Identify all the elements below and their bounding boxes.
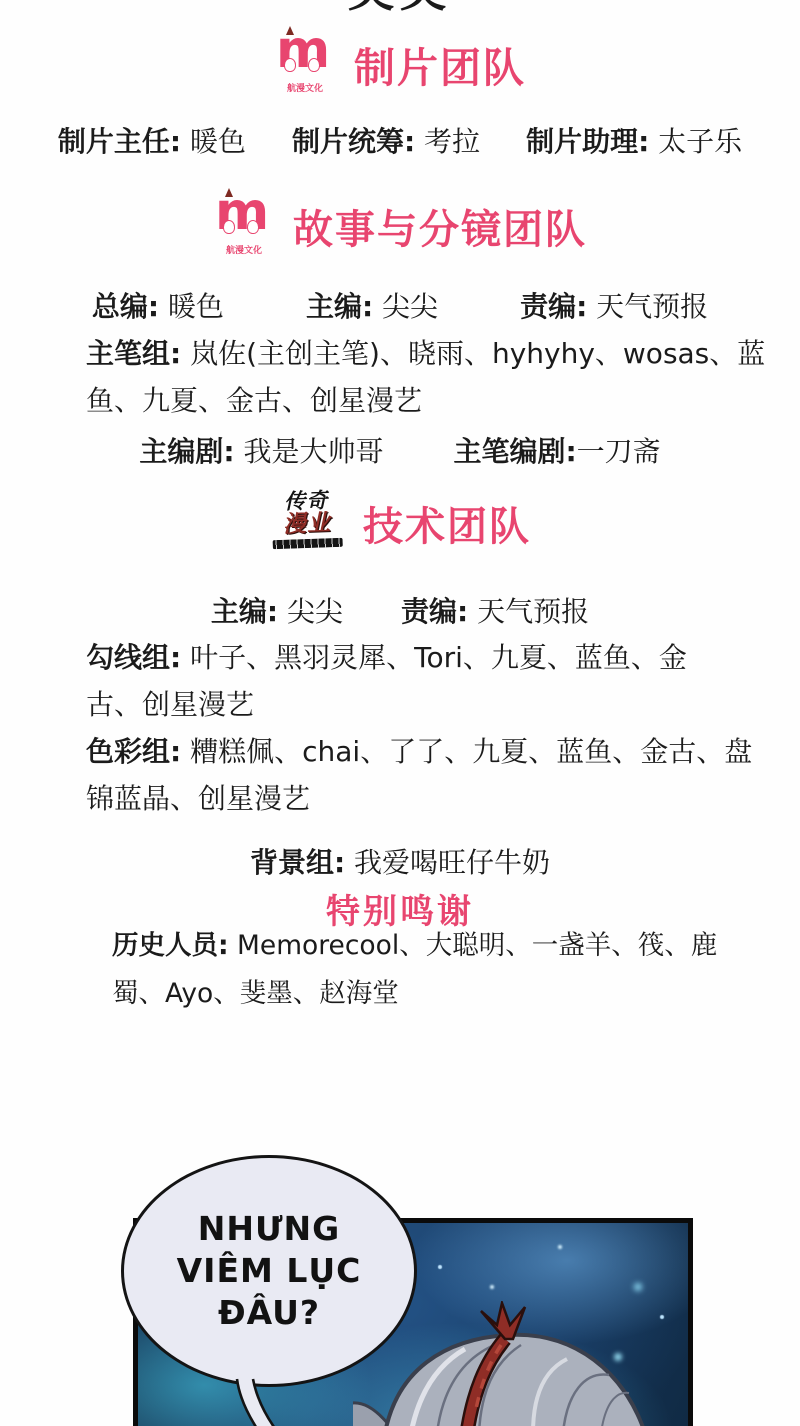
credit-item: 责编: 天气预报 bbox=[520, 285, 708, 325]
paw-icon bbox=[284, 58, 296, 72]
production-section-header: m 航漫文化 制片团队 bbox=[0, 36, 800, 92]
hangman-logo-label: 航漫文化 bbox=[213, 243, 275, 256]
credit-item: 责编: 天气预报 bbox=[401, 590, 589, 630]
hangman-culture-logo: m 航漫文化 bbox=[274, 40, 336, 88]
lineart-group-paragraph: 勾线组: 叶子、黑羽灵犀、Tori、九夏、蓝鱼、金古、创星漫艺 bbox=[86, 634, 731, 728]
story-title: 故事与分镜团队 bbox=[293, 198, 587, 255]
tech-title: 技术团队 bbox=[363, 495, 531, 552]
writers-row: 主编剧: 我是大帅哥 主笔编剧:一刀斋 bbox=[0, 430, 800, 470]
speech-bubble-text: NHƯNG VIÊM LỤC ĐÂU? bbox=[148, 1208, 390, 1335]
credit-item: 主编: 尖尖 bbox=[306, 285, 438, 325]
speech-bubble-tail bbox=[233, 1377, 289, 1426]
legend-logo-banner bbox=[273, 538, 343, 549]
production-title: 制片团队 bbox=[354, 35, 526, 94]
credit-item: 主编剧: 我是大帅哥 bbox=[139, 430, 383, 470]
credit-item: 制片助理: 太子乐 bbox=[526, 120, 742, 160]
paw-icon bbox=[223, 220, 235, 234]
character-head bbox=[353, 1301, 693, 1426]
hangman-logo-label: 航漫文化 bbox=[274, 81, 336, 94]
credit-item: 总编: 暖色 bbox=[92, 285, 224, 325]
credit-item: 主笔编剧:一刀斋 bbox=[453, 430, 660, 470]
credit-item: 制片主任: 暖色 bbox=[58, 120, 246, 160]
history-staff-paragraph: 历史人员: Memorecool、大聪明、一盏羊、筏、鹿蜀、Ayo、斐墨、赵海堂 bbox=[112, 922, 767, 1018]
credit-item: 背景组: 我爱喝旺仔牛奶 bbox=[250, 841, 550, 881]
speech-bubble: NHƯNG VIÊM LỤC ĐÂU? bbox=[121, 1155, 417, 1387]
legend-logo-top: 传奇 bbox=[268, 489, 345, 514]
color-group-paragraph: 色彩组: 糟糕佩、chai、了了、九夏、蓝鱼、金古、盘锦蓝晶、创星漫艺 bbox=[86, 728, 758, 822]
legend-logo-bottom: 漫业 bbox=[269, 511, 346, 538]
paw-icon bbox=[247, 220, 259, 234]
comic-credits-page: 尖尖 m 航漫文化 制片团队 制片主任: 暖色 制片统筹: 考拉 制片助理: 太… bbox=[0, 0, 800, 1426]
tech-section-header: 传奇 漫业 技术团队 bbox=[0, 490, 800, 556]
tech-editors-row: 主编: 尖尖 责编: 天气预报 bbox=[0, 590, 800, 630]
hangman-culture-logo: m 航漫文化 bbox=[213, 202, 275, 250]
production-credits-row: 制片主任: 暖色 制片统筹: 考拉 制片助理: 太子乐 bbox=[0, 120, 800, 160]
credit-item: 制片统筹: 考拉 bbox=[292, 120, 480, 160]
story-editors-row: 总编: 暖色 主编: 尖尖 责编: 天气预报 bbox=[0, 285, 800, 325]
background-group-row: 背景组: 我爱喝旺仔牛奶 bbox=[0, 841, 800, 881]
paw-icon bbox=[308, 58, 320, 72]
credit-item: 主编: 尖尖 bbox=[211, 590, 343, 630]
top-cropped-text: 尖尖 bbox=[0, 0, 800, 13]
legend-comic-logo: 传奇 漫业 bbox=[268, 489, 346, 558]
pencilers-paragraph: 主笔组: 岚佐(主创主笔)、晓雨、hyhyhy、wosas、蓝鱼、九夏、金古、创… bbox=[86, 330, 771, 424]
story-section-header: m 航漫文化 故事与分镜团队 bbox=[0, 198, 800, 254]
